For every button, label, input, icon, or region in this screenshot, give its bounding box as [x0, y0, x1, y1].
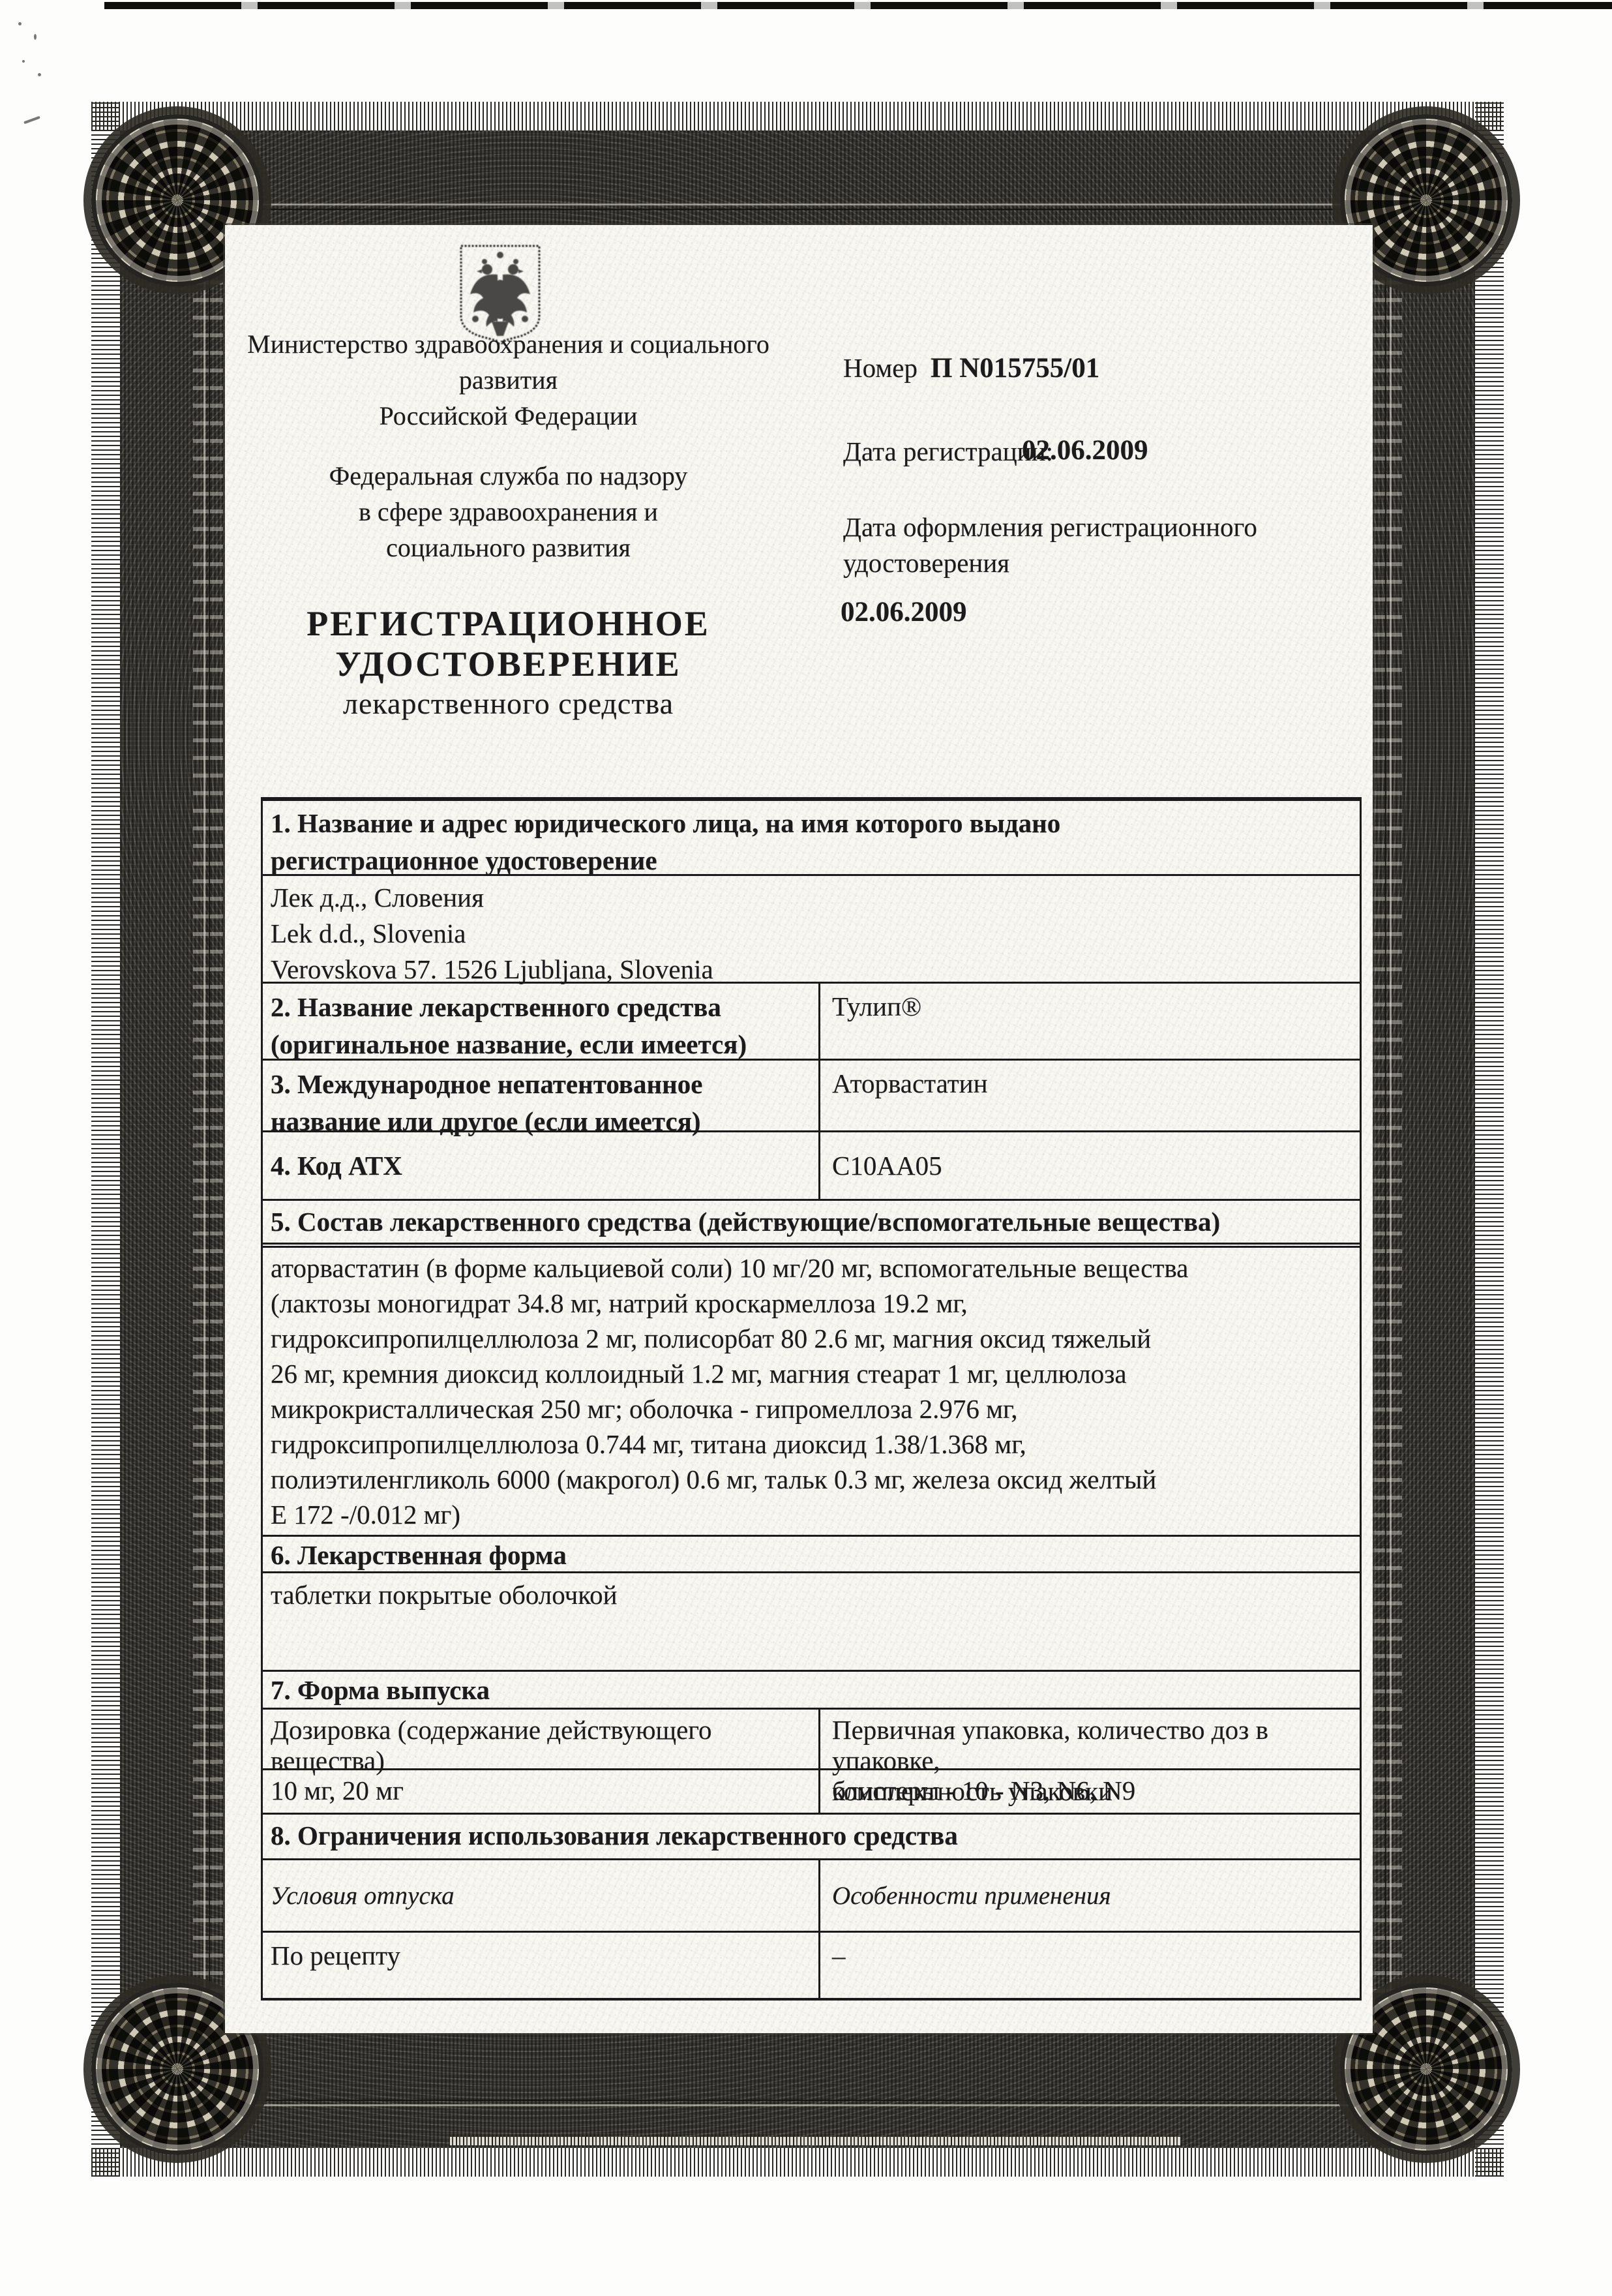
section8-col1-label: Условия отпуска [263, 1860, 820, 1931]
border-fringe-top [91, 102, 1504, 130]
document-subtitle: лекарственного средства [233, 684, 784, 723]
section8-data-row: По рецепту – [263, 1933, 1360, 1998]
section6-header: 6. Лекарственная форма [263, 1537, 1360, 1573]
section1-header: 1. Название и адрес юридического лица, н… [263, 801, 1360, 876]
section1-value: Лек д.д., Словения Lek d.d., Slovenia Ve… [263, 876, 1360, 984]
section8-header: 8. Ограничения использования лекарственн… [263, 1815, 1360, 1860]
section3-row: 3. Международное непатентованное названи… [263, 1061, 1360, 1132]
section7-col2-header: Первичная упаковка, количество доз в упа… [820, 1710, 1360, 1768]
section3-value: Аторвастатин [820, 1061, 1360, 1130]
number-value: П N015755/01 [931, 350, 1099, 386]
section7-column-headers: Дозировка (содержание действующего вещес… [263, 1710, 1360, 1770]
service-line: Федеральная служба по надзору [233, 458, 784, 494]
scan-artifact-top-line [104, 2, 1612, 9]
service-line: социального развития [233, 530, 784, 566]
ministry-line: Министерство здравоохранения и социально… [233, 326, 784, 362]
section8-labels-row: Условия отпуска Особенности применения [263, 1860, 1360, 1933]
section4-label: 4. Код АТХ [263, 1132, 820, 1199]
federal-service-name: Федеральная служба по надзору в сфере зд… [233, 458, 784, 566]
ministry-line: Российской Федерации [233, 398, 784, 434]
ministry-name: Министерство здравоохранения и социально… [233, 326, 784, 434]
section6-value: таблетки покрытые оболочкой [263, 1573, 1360, 1672]
section8-col1-value: По рецепту [263, 1933, 820, 1998]
section7-col2-value: блистеры - 10 - N3, N6, N9 [820, 1770, 1360, 1813]
border-fringe-bottom [91, 2148, 1504, 2177]
certificate-paper: Министерство здравоохранения и социально… [225, 225, 1373, 2033]
section7-col1-value: 10 мг, 20 мг [263, 1770, 820, 1813]
section8-col2-value: – [820, 1933, 1360, 1998]
border-fringe-right [1475, 102, 1504, 2177]
section5-header: 5. Состав лекарственного средства (дейст… [263, 1201, 1360, 1248]
border-fringe-left [91, 102, 120, 2177]
header-left-column: Министерство здравоохранения и социально… [233, 326, 784, 723]
scan-speck [18, 22, 22, 25]
section7-header: 7. Форма выпуска [263, 1672, 1360, 1710]
section2-label: 2. Название лекарственного средства (ори… [263, 984, 820, 1059]
section7-data-row: 10 мг, 20 мг блистеры - 10 - N3, N6, N9 [263, 1770, 1360, 1815]
section2-value: Тулип® [820, 984, 1360, 1059]
section8-col2-label: Особенности применения [820, 1860, 1360, 1931]
scan-speck [22, 60, 25, 63]
registration-table: 1. Название и адрес юридического лица, н… [261, 797, 1362, 2001]
section3-label: 3. Международное непатентованное названи… [263, 1061, 820, 1130]
scan-speck [38, 73, 41, 76]
section7-col1-header: Дозировка (содержание действующего вещес… [263, 1710, 820, 1768]
section4-row: 4. Код АТХ C10AA05 [263, 1132, 1360, 1201]
section2-row: 2. Название лекарственного средства (ори… [263, 984, 1360, 1061]
number-label: Номер [843, 350, 918, 386]
scan-speck [34, 34, 37, 40]
scanned-certificate-page: Министерство здравоохранения и социально… [0, 0, 1612, 2296]
issue-date-label: Дата оформления регистрационного удостов… [843, 509, 1365, 581]
registration-date-value: 02.06.2009 [1022, 432, 1148, 468]
issue-date-value: 02.06.2009 [841, 594, 967, 630]
scan-speck [23, 116, 40, 125]
service-line: в сфере здравоохранения и [233, 494, 784, 530]
ministry-line: развития [233, 362, 784, 398]
border-microtext-strip [450, 2137, 1180, 2145]
section4-value: C10AA05 [820, 1132, 1360, 1199]
document-title: РЕГИСТРАЦИОННОЕ УДОСТОВЕРЕНИЕ [233, 603, 784, 684]
section5-composition: аторвастатин (в форме кальциевой соли) 1… [263, 1248, 1360, 1537]
